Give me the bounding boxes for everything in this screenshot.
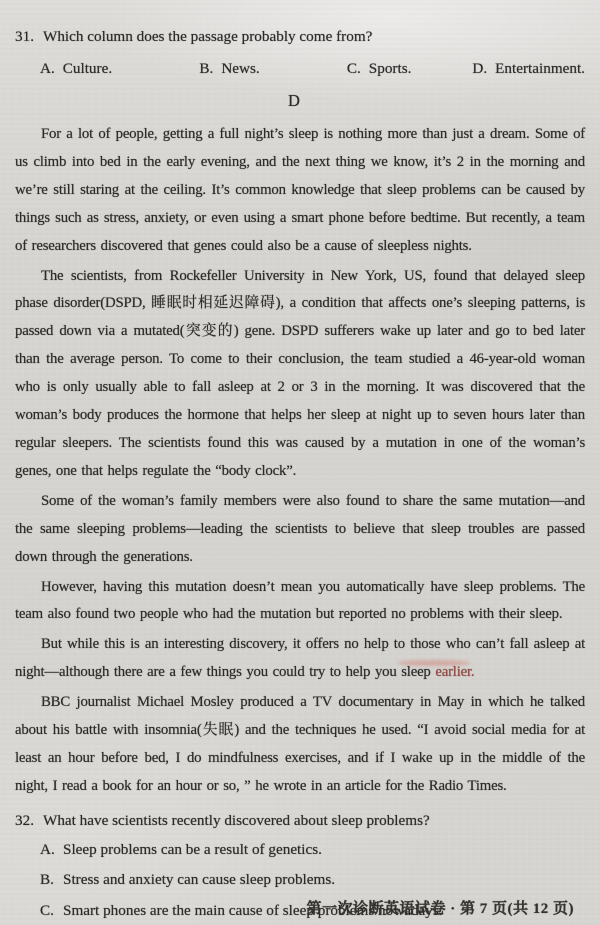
option-label: B.: [199, 60, 213, 77]
passage-paragraph: But while this is an interesting discove…: [15, 631, 585, 687]
option-label: B.: [40, 870, 63, 890]
question-31: 31. Which column does the passage probab…: [15, 26, 585, 47]
passage-paragraph: The scientists, from Rockefeller Univers…: [15, 263, 585, 486]
question-32-option-a: A. Sleep problems can be a result of gen…: [40, 840, 585, 860]
reading-passage: For a lot of people, getting a full nigh…: [15, 121, 585, 801]
page-footer: 第一次诊断英语试卷 · 第 7 页(共 12 页): [307, 897, 575, 918]
option-text: Culture.: [63, 60, 112, 77]
option-text: Entertainment.: [495, 60, 585, 77]
passage-text: However, having this mutation doesn’t me…: [15, 579, 585, 623]
option-label: C.: [347, 60, 361, 77]
section-d-header: D: [15, 90, 573, 112]
question-31-option-a: A.Culture.: [40, 59, 199, 79]
red-marked-word: earlier.: [435, 664, 474, 680]
passage-paragraph: However, having this mutation doesn’t me…: [15, 574, 585, 630]
question-32-option-b: B. Stress and anxiety can cause sleep pr…: [40, 870, 585, 890]
passage-text: For a lot of people, getting a full nigh…: [15, 126, 585, 254]
option-label: C.: [40, 901, 63, 921]
question-32-line: 32. What have scientists recently discov…: [15, 810, 585, 831]
option-text: Sleep problems can be a result of geneti…: [63, 840, 322, 860]
option-label: A.: [40, 840, 63, 860]
question-31-option-d: D.Entertainment.: [472, 59, 585, 79]
option-text: News.: [221, 60, 259, 77]
question-32-text: What have scientists recently discovered…: [43, 810, 585, 831]
question-31-option-c: C.Sports.: [347, 59, 473, 79]
passage-text: Some of the woman’s family members were …: [15, 493, 585, 565]
option-label: D.: [472, 60, 487, 77]
option-text: Stress and anxiety can cause sleep probl…: [63, 870, 335, 890]
question-31-text: Which column does the passage probably c…: [43, 26, 585, 47]
exam-page: 31. Which column does the passage probab…: [0, 0, 600, 925]
option-label: A.: [40, 60, 55, 77]
option-text: Sports.: [369, 60, 412, 77]
passage-paragraph: BBC journalist Michael Mosley produced a…: [15, 689, 585, 801]
passage-paragraph: For a lot of people, getting a full nigh…: [15, 121, 585, 261]
passage-text: BBC journalist Michael Mosley produced a…: [15, 694, 585, 794]
question-31-option-b: B.News.: [199, 59, 346, 79]
passage-paragraph: Some of the woman’s family members were …: [15, 488, 585, 572]
question-31-number: 31.: [15, 26, 43, 47]
question-32-number: 32.: [15, 810, 43, 831]
passage-text: The scientists, from Rockefeller Univers…: [15, 268, 585, 479]
question-31-options: A.Culture. B.News. C.Sports. D.Entertain…: [15, 59, 585, 79]
passage-text: But while this is an interesting discove…: [15, 636, 585, 680]
